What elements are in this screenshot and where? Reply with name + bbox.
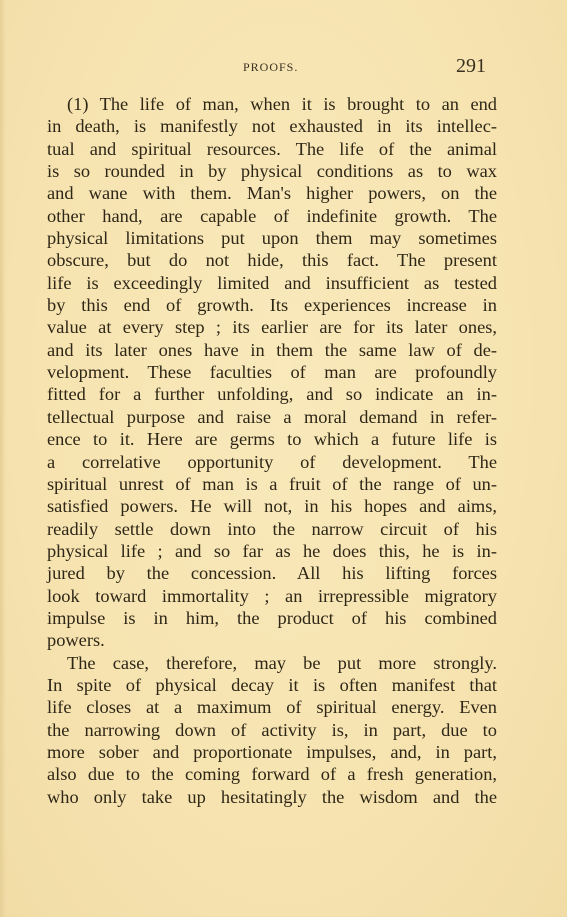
text-line: and its later ones have in them the same… — [47, 339, 497, 361]
text-line: more sober and proportionate impulses, a… — [47, 741, 497, 763]
running-head: PROOFS. 291 — [0, 58, 567, 78]
text-line: also due to the coming forward of a fres… — [47, 763, 497, 785]
text-line: obscure, but do not hide, this fact. The… — [47, 249, 497, 271]
text-line: life is exceedingly limited and insuffic… — [47, 272, 497, 294]
text-line: readily settle down into the narrow circ… — [47, 518, 497, 540]
text-line: tellectual purpose and raise a moral dem… — [47, 406, 497, 428]
text-line: look toward immortality ; an irrepressib… — [47, 585, 497, 607]
text-line: and wane with them. Man's higher powers,… — [47, 182, 497, 204]
text-line: who only take up hesitatingly the wisdom… — [47, 786, 497, 808]
text-line: In spite of physical decay it is often m… — [47, 674, 497, 696]
page-number: 291 — [456, 55, 486, 78]
text-line: satisfied powers. He will not, in his ho… — [47, 495, 497, 517]
text-line: physical life ; and so far as he does th… — [47, 540, 497, 562]
text-line: The case, therefore, may be put more str… — [47, 652, 497, 674]
text-line: physical limitations put upon them may s… — [47, 227, 497, 249]
book-page: PROOFS. 291 (1) The life of man, when it… — [0, 0, 567, 917]
text-line: jured by the concession. All his lifting… — [47, 562, 497, 584]
text-line: a correlative opportunity of development… — [47, 451, 497, 473]
text-line: (1) The life of man, when it is brought … — [47, 93, 497, 115]
text-line: the narrowing down of activity is, in pa… — [47, 719, 497, 741]
text-line: spiritual unrest of man is a fruit of th… — [47, 473, 497, 495]
text-line: velopment. These faculties of man are pr… — [47, 361, 497, 383]
text-line: value at every step ; its earlier are fo… — [47, 316, 497, 338]
text-line: life closes at a maximum of spiritual en… — [47, 696, 497, 718]
text-line: impulse is in him, the product of his co… — [47, 607, 497, 629]
text-line: tual and spiritual resources. The life o… — [47, 138, 497, 160]
page-gutter-shadow — [0, 0, 6, 917]
text-line: by this end of growth. Its experiences i… — [47, 294, 497, 316]
body-text: (1) The life of man, when it is brought … — [47, 93, 497, 808]
text-line: fitted for a further unfolding, and so i… — [47, 383, 497, 405]
text-line: powers. — [47, 629, 497, 651]
text-line: other hand, are capable of indefinite gr… — [47, 205, 497, 227]
text-line: is so rounded in by physical conditions … — [47, 160, 497, 182]
running-title: PROOFS. — [243, 60, 298, 75]
text-line: in death, is manifestly not exhausted in… — [47, 115, 497, 137]
text-line: ence to it. Here are germs to which a fu… — [47, 428, 497, 450]
